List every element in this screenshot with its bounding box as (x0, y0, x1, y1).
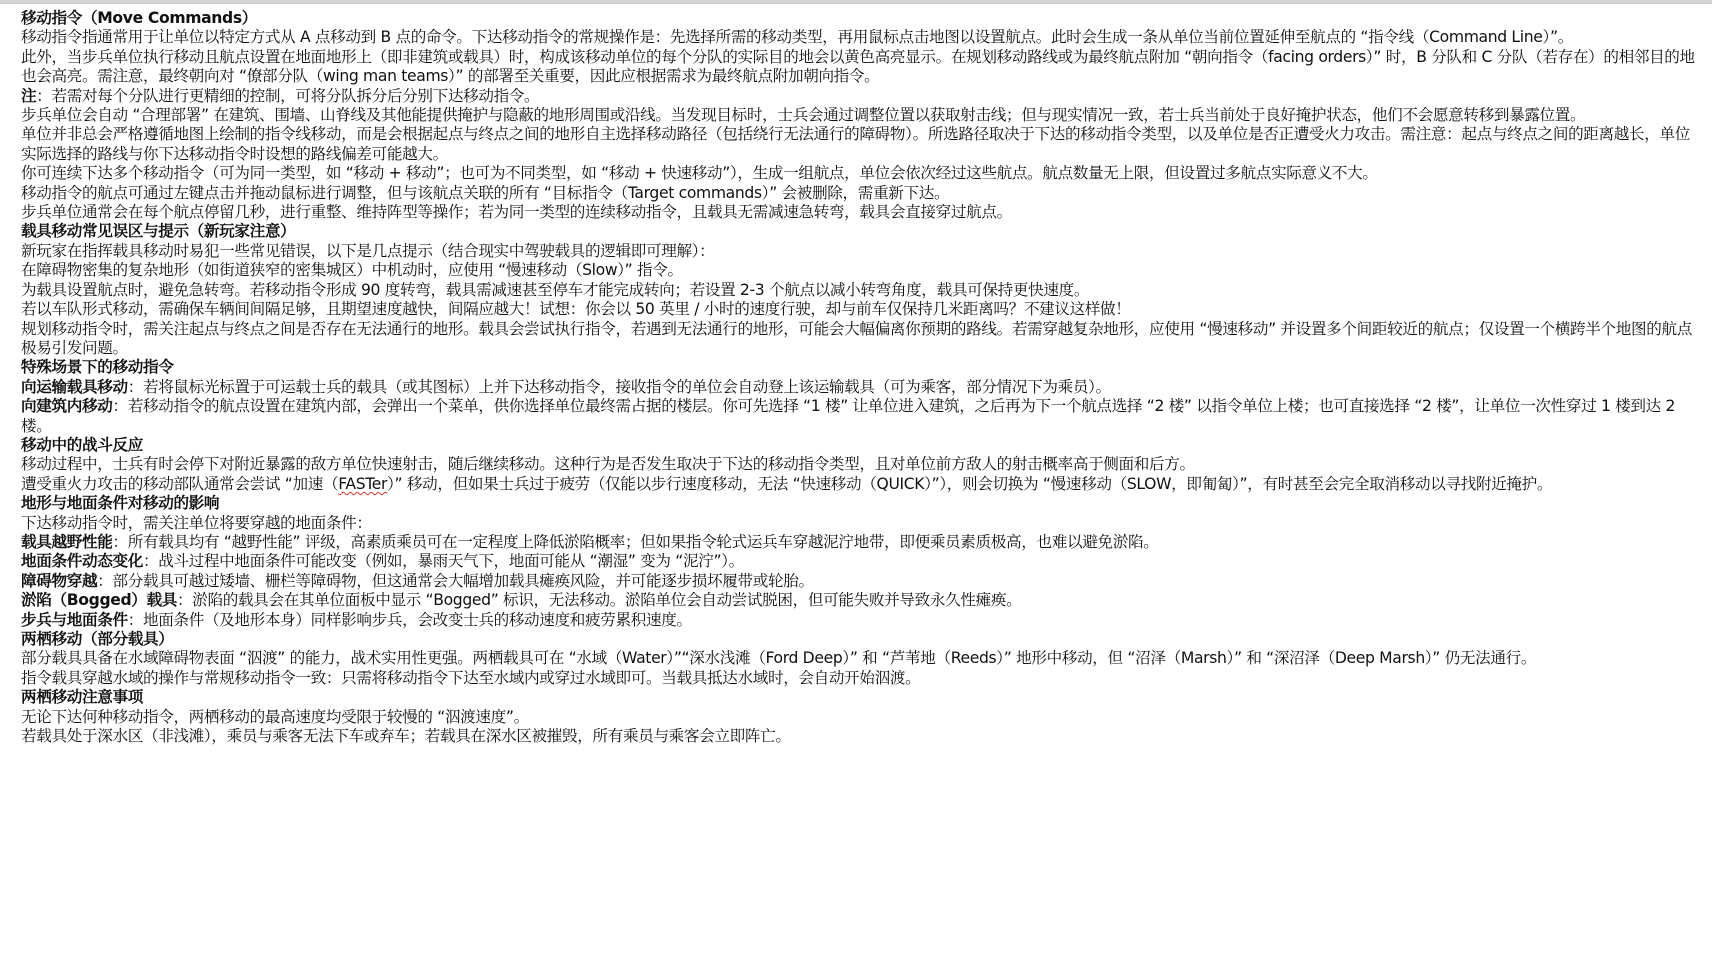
term-label: 障碍物穿越 (21, 572, 97, 590)
paragraph: 此外，当步兵单位执行移动且航点设置在地面地形上（即非建筑或载具）时，构成该移动单… (21, 48, 1701, 87)
paragraph: 移动指令指通常用于让单位以特定方式从 A 点移动到 B 点的命令。下达移动指令的… (21, 28, 1701, 47)
term-text: ：若移动指令的航点设置在建筑内部，会弹出一个菜单，供你选择单位最终需占据的楼层。… (21, 397, 1675, 434)
section-heading-vehicle-tips: 载具移动常见误区与提示（新玩家注意） (21, 222, 1701, 241)
paragraph: 移动指令的航点可通过左键点击并拖动鼠标进行调整，但与该航点关联的所有 “目标指令… (21, 184, 1701, 203)
note-label: 注 (21, 87, 36, 105)
section-heading-amphibious: 两栖移动（部分载具） (21, 630, 1701, 649)
section-heading-move-commands: 移动指令（Move Commands） (21, 9, 1701, 28)
term-text: ：部分载具可越过矮墙、栅栏等障碍物，但这通常会大幅增加载具瘫痪风险，并可能逐步损… (97, 572, 813, 590)
term-label: 地面条件动态变化 (21, 552, 143, 570)
term-label: 载具越野性能 (21, 533, 112, 551)
text-pre: 遭受重火力攻击的移动部队通常会尝试 “加速（ (21, 475, 338, 493)
term-label: 向运输载具移动 (21, 378, 128, 396)
paragraph: 若以车队形式移动，需确保车辆间间隔足够，且期望速度越快，间隔应越大！试想：你会以… (21, 300, 1701, 319)
document-body[interactable]: 移动指令（Move Commands） 移动指令指通常用于让单位以特定方式从 A… (21, 9, 1701, 746)
paragraph: 你可连续下达多个移动指令（可为同一类型，如 “移动 + 移动”；也可为不同类型，… (21, 164, 1701, 183)
window-top-border (0, 0, 1712, 4)
paragraph: 部分载具具备在水域障碍物表面 “泅渡” 的能力，战术实用性更强。两栖载具可在 “… (21, 649, 1701, 668)
paragraph: 移动过程中，士兵有时会停下对附近暴露的敌方单位快速射击，随后继续移动。这种行为是… (21, 455, 1701, 474)
term-text: ：淤陷的载具会在其单位面板中显示 “Bogged” 标识，无法移动。淤陷单位会自… (177, 591, 1021, 609)
paragraph-note: 注：若需对每个分队进行更精细的控制，可将分队拆分后分别下达移动指令。 (21, 87, 1701, 106)
paragraph: 下达移动指令时，需关注单位将要穿越的地面条件： (21, 514, 1701, 533)
paragraph: 指令载具穿越水域的操作与常规移动指令一致：只需将移动指令下达至水域内或穿过水域即… (21, 669, 1701, 688)
paragraph-labeled: 地面条件动态变化：战斗过程中地面条件可能改变（例如，暴雨天气下，地面可能从 “潮… (21, 552, 1701, 571)
term-text: ：所有载具均有 “越野性能” 评级，高素质乘员可在一定程度上降低淤陷概率；但如果… (112, 533, 1158, 551)
spellcheck-flagged-word[interactable]: FASTer (338, 475, 387, 493)
paragraph-with-spellcheck: 遭受重火力攻击的移动部队通常会尝试 “加速（FASTer）” 移动，但如果士兵过… (21, 475, 1701, 494)
term-label: 淤陷（Bogged）载具 (21, 591, 177, 609)
paragraph-labeled: 障碍物穿越：部分载具可越过矮墙、栅栏等障碍物，但这通常会大幅增加载具瘫痪风险，并… (21, 572, 1701, 591)
term-text: ：若将鼠标光标置于可运载士兵的载具（或其图标）上并下达移动指令，接收指令的单位会… (128, 378, 1111, 396)
term-label: 向建筑内移动 (21, 397, 112, 415)
paragraph: 为载具设置航点时，避免急转弯。若移动指令形成 90 度转弯，载具需减速甚至停车才… (21, 281, 1701, 300)
paragraph: 步兵单位会自动 “合理部署” 在建筑、围墙、山脊线及其他能提供掩护与隐蔽的地形周… (21, 106, 1701, 125)
paragraph: 在障碍物密集的复杂地形（如街道狭窄的密集城区）中机动时，应使用 “慢速移动（Sl… (21, 261, 1701, 280)
paragraph-labeled: 载具越野性能：所有载具均有 “越野性能” 评级，高素质乘员可在一定程度上降低淤陷… (21, 533, 1701, 552)
paragraph: 规划移动指令时，需关注起点与终点之间是否存在无法通行的地形。载具会尝试执行指令，… (21, 320, 1701, 359)
section-heading-amphibious-notes: 两栖移动注意事项 (21, 688, 1701, 707)
paragraph: 新玩家在指挥载具移动时易犯一些常见错误，以下是几点提示（结合现实中驾驶载具的逻辑… (21, 242, 1701, 261)
paragraph-labeled: 淤陷（Bogged）载具：淤陷的载具会在其单位面板中显示 “Bogged” 标识… (21, 591, 1701, 610)
paragraph-labeled: 步兵与地面条件：地面条件（及地形本身）同样影响步兵，会改变士兵的移动速度和疲劳累… (21, 611, 1701, 630)
paragraph: 单位并非总会严格遵循地图上绘制的指令线移动，而是会根据起点与终点之间的地形自主选… (21, 125, 1701, 164)
section-heading-combat-reaction: 移动中的战斗反应 (21, 436, 1701, 455)
section-heading-special-scenarios: 特殊场景下的移动指令 (21, 358, 1701, 377)
text-post: ）” 移动，但如果士兵过于疲劳（仅能以步行速度移动，无法 “快速移动（QUICK… (387, 475, 1552, 493)
term-text: ：地面条件（及地形本身）同样影响步兵，会改变士兵的移动速度和疲劳累积速度。 (128, 611, 692, 629)
paragraph: 若载具处于深水区（非浅滩），乘员与乘客无法下车或弃车；若载具在深水区被摧毁，所有… (21, 727, 1701, 746)
paragraph: 步兵单位通常会在每个航点停留几秒，进行重整、维持阵型等操作；若为同一类型的连续移… (21, 203, 1701, 222)
note-text: ：若需对每个分队进行更精细的控制，可将分队拆分后分别下达移动指令。 (36, 87, 539, 105)
term-label: 步兵与地面条件 (21, 611, 128, 629)
paragraph-labeled: 向建筑内移动：若移动指令的航点设置在建筑内部，会弹出一个菜单，供你选择单位最终需… (21, 397, 1701, 436)
paragraph-labeled: 向运输载具移动：若将鼠标光标置于可运载士兵的载具（或其图标）上并下达移动指令，接… (21, 378, 1701, 397)
section-heading-terrain: 地形与地面条件对移动的影响 (21, 494, 1701, 513)
paragraph: 无论下达何种移动指令，两栖移动的最高速度均受限于较慢的 “泅渡速度”。 (21, 708, 1701, 727)
term-text: ：战斗过程中地面条件可能改变（例如，暴雨天气下，地面可能从 “潮湿” 变为 “泥… (143, 552, 744, 570)
